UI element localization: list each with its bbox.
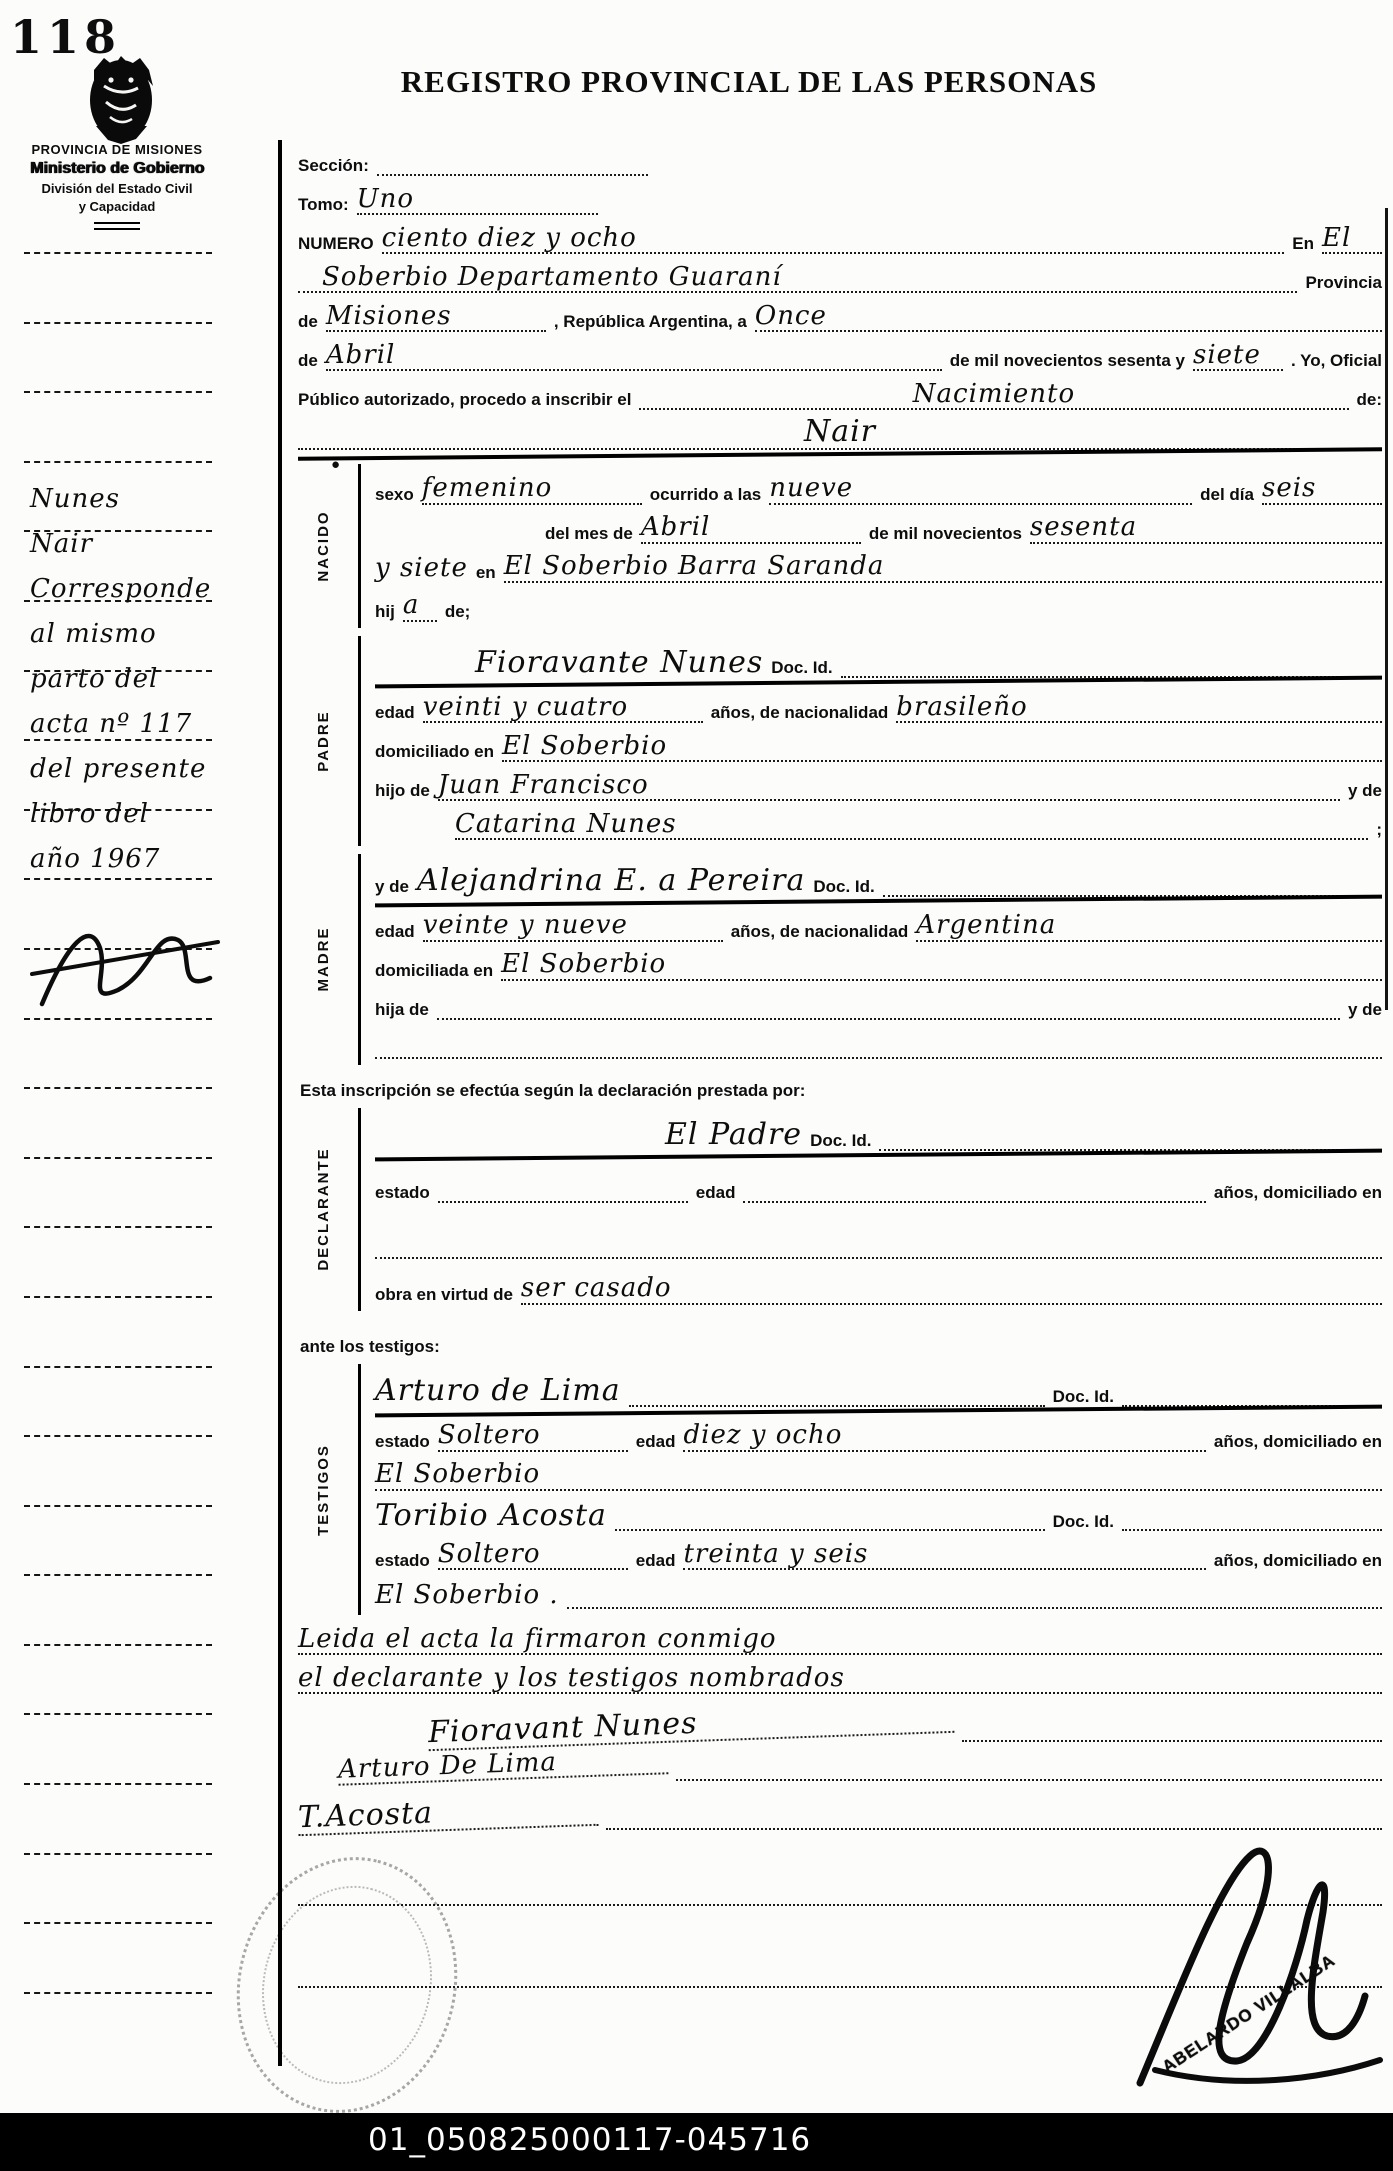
madre-nacionalidad-label: años, de nacionalidad bbox=[731, 922, 909, 942]
inscripto-nombre-field: Nair bbox=[298, 416, 1382, 450]
margin-note: acta nº 117 bbox=[30, 711, 230, 756]
official-signature bbox=[1095, 1828, 1393, 2103]
hijo-genero-value: a bbox=[403, 592, 437, 621]
testigo1-edad-label: edad bbox=[636, 1432, 676, 1452]
declarante-vertical-label: DECLARANTE bbox=[315, 1148, 332, 1271]
section-madre: MADRE y de Alejandrina E. a Pereira Doc.… bbox=[358, 854, 1382, 1065]
padre-domicilio-label: domiciliado en bbox=[375, 742, 494, 762]
testigo2-edad-value: treinta y seis bbox=[683, 1541, 1205, 1570]
testigo2-nombre-fill bbox=[615, 1529, 1045, 1531]
testigo2-doc-label: Doc. Id. bbox=[1053, 1512, 1114, 1532]
testigo2-estado-value: Soltero bbox=[438, 1541, 628, 1570]
declarante-edad-label: edad bbox=[696, 1183, 736, 1203]
registry-title: REGISTRO PROVINCIAL DE LAS PERSONAS bbox=[378, 64, 1120, 100]
section-nacido: NACIDO sexo femenino ocurrido a las nuev… bbox=[358, 464, 1382, 628]
closing-line-2: el declarante y los testigos nombrados bbox=[298, 1665, 1382, 1694]
hijo-label: hij bbox=[375, 602, 395, 622]
margin-note: año 1967 bbox=[30, 846, 230, 891]
declarante-estado-field bbox=[438, 1201, 688, 1203]
de-colon-label: de: bbox=[1357, 390, 1383, 410]
madre-hija-de-label: hija de bbox=[375, 1000, 429, 1020]
margin-note: Nunes bbox=[30, 486, 230, 531]
declarante-domicilio-label: años, domiciliado en bbox=[1214, 1183, 1382, 1203]
abuela-materna-field bbox=[375, 1057, 1382, 1059]
hora-value: nueve bbox=[769, 475, 1192, 504]
testigos-vertical-label: TESTIGOS bbox=[315, 1444, 332, 1536]
padre-hijo-de-label: hijo de bbox=[375, 781, 430, 801]
section-padre: PADRE Fioravante Nunes Doc. Id. edad vei… bbox=[358, 636, 1382, 847]
madre-vertical-label: MADRE bbox=[315, 927, 332, 992]
madre-y-de2-label: y de bbox=[1348, 1000, 1382, 1020]
anio-value: siete bbox=[1193, 342, 1283, 371]
madre-domicilio-label: domiciliada en bbox=[375, 961, 493, 981]
en-value: El bbox=[1322, 225, 1382, 254]
signature-declarant: Fioravant Nunes bbox=[428, 1699, 955, 1751]
testigo1-estado-label: estado bbox=[375, 1432, 430, 1452]
madre-nombre-value: Alejandrina E. a Pereira bbox=[417, 865, 805, 897]
dia-inscripcion-value: Once bbox=[755, 303, 1382, 332]
de-label: de bbox=[298, 312, 318, 332]
tomo-label: Tomo: bbox=[298, 195, 349, 215]
mes-label: del mes de bbox=[545, 524, 633, 544]
testigo1-edad-value: diez y ocho bbox=[683, 1422, 1205, 1451]
testigo1-suffix-label: años, domiciliado en bbox=[1214, 1432, 1382, 1452]
padre-vertical-label: PADRE bbox=[315, 710, 332, 771]
padre-nacionalidad-value: brasileño bbox=[896, 694, 1382, 723]
dia-label: del día bbox=[1200, 485, 1254, 505]
margin-note: al mismo bbox=[30, 621, 230, 666]
departamento-value: Soberbio Departamento Guaraní bbox=[298, 264, 1297, 293]
declarante-intro: Esta inscripción se efectúa según la dec… bbox=[300, 1081, 1382, 1101]
org-division: División del Estado Civil bbox=[14, 181, 220, 196]
abuelo-paterno-value: Juan Francisco bbox=[438, 772, 1340, 801]
declarante-nombre-value: El Padre bbox=[665, 1119, 802, 1151]
scan-code-bar: 01_050825000117-045716 bbox=[0, 2113, 1393, 2171]
margin-note: libro del bbox=[30, 801, 230, 846]
lugar-nacimiento-value: El Soberbio Barra Saranda bbox=[504, 553, 1382, 582]
declarante-estado-label: estado bbox=[375, 1183, 430, 1203]
ocurrido-label: ocurrido a las bbox=[650, 485, 761, 505]
padre-domicilio-value: El Soberbio bbox=[502, 733, 1382, 762]
org-province: PROVINCIA DE MISIONES bbox=[14, 142, 220, 157]
testigos-intro: ante los testigos: bbox=[300, 1337, 1382, 1357]
provincia-value: Misiones bbox=[326, 303, 546, 332]
abuelo-materno-field bbox=[437, 1018, 1340, 1020]
madre-domicilio-value: El Soberbio bbox=[501, 951, 1382, 980]
madre-doc-label: Doc. Id. bbox=[813, 877, 874, 897]
padre-nacionalidad-label: años, de nacionalidad bbox=[711, 703, 889, 723]
org-capacity: y Capacidad bbox=[14, 199, 220, 214]
padre-y-de-label: y de bbox=[1348, 781, 1382, 801]
testigo2-doc-field bbox=[1122, 1529, 1382, 1531]
obra-label: obra en virtud de bbox=[375, 1285, 513, 1305]
oficial-label: . Yo, Oficial bbox=[1291, 351, 1382, 371]
padre-nombre-value: Fioravante Nunes bbox=[475, 647, 763, 679]
testigo2-estado-label: estado bbox=[375, 1551, 430, 1571]
publico-label: Público autorizado, procedo a inscribir … bbox=[298, 390, 631, 410]
testigo2-domicilio-fill bbox=[567, 1607, 1382, 1609]
margin-note: Corresponde bbox=[30, 576, 230, 621]
form-right-border bbox=[1385, 208, 1388, 1010]
testigo2-edad-label: edad bbox=[636, 1551, 676, 1571]
signature-witness-2: T.Acosta bbox=[298, 1791, 599, 1835]
padre-fin-label: ; bbox=[1376, 820, 1382, 840]
seccion-label: Sección: bbox=[298, 156, 369, 176]
testigo2-suffix-label: años, domiciliado en bbox=[1214, 1551, 1382, 1571]
anio-nacido-label: de mil novecientos bbox=[869, 524, 1022, 544]
margin-note: parto del bbox=[30, 666, 230, 711]
testigo2-nombre-value: Toribio Acosta bbox=[375, 1500, 607, 1532]
madre-nacionalidad-value: Argentina bbox=[916, 912, 1382, 941]
margin-note: del presente bbox=[30, 756, 230, 801]
en-label: En bbox=[1292, 234, 1314, 254]
seccion-field bbox=[377, 174, 648, 176]
provincia-label: Provincia bbox=[1305, 273, 1382, 293]
margin-annotations: Nunes Nair Corresponde al mismo parto de… bbox=[30, 486, 230, 891]
madre-y-de-label: y de bbox=[375, 877, 409, 897]
testigo1-nombre-value: Arturo de Lima bbox=[375, 1375, 621, 1407]
mes-inscripcion-value: Abril bbox=[326, 342, 942, 371]
birth-certificate-scan: 118 REGISTRO PROVINCIAL DE LAS PERSONAS … bbox=[0, 0, 1393, 2171]
sexo-value: femenino bbox=[422, 475, 642, 504]
madre-edad-value: veinte y nueve bbox=[423, 912, 723, 941]
mes-value: Abril bbox=[641, 514, 861, 543]
testigo1-nombre-fill bbox=[629, 1405, 1045, 1407]
declarante-doc-label: Doc. Id. bbox=[810, 1131, 871, 1151]
margin-note: Nair bbox=[30, 531, 230, 576]
issuing-organization: PROVINCIA DE MISIONES Ministerio de Gobi… bbox=[14, 142, 220, 230]
obra-value: ser casado bbox=[521, 1275, 1382, 1304]
closing-line-1: Leida el acta la firmaron conmigo bbox=[298, 1626, 1382, 1655]
dia-value: seis bbox=[1262, 475, 1382, 504]
section-testigos: TESTIGOS Arturo de Lima Doc. Id. estado … bbox=[358, 1364, 1382, 1615]
abuela-paterna-value: Catarina Nunes bbox=[455, 811, 1368, 840]
republica-label: , República Argentina, a bbox=[554, 312, 747, 332]
inscripto-nombre-value: Nair bbox=[804, 414, 876, 449]
org-ministry: Ministerio de Gobierno bbox=[14, 160, 220, 178]
testigo1-estado-value: Soltero bbox=[438, 1422, 628, 1451]
hijo-de-label: de; bbox=[445, 602, 471, 622]
anio-nacido-value: sesenta bbox=[1030, 514, 1382, 543]
margin-signature bbox=[28, 912, 223, 1027]
numero-label: NUMERO bbox=[298, 234, 374, 254]
acto-value: Nacimiento bbox=[639, 381, 1348, 410]
signature-fill-2 bbox=[676, 1779, 1382, 1781]
en-lugar-label: en bbox=[476, 563, 496, 583]
declarante-edad-field bbox=[743, 1201, 1205, 1203]
anio-label: de mil novecientos sesenta y bbox=[950, 351, 1185, 371]
testigo1-doc-label: Doc. Id. bbox=[1053, 1387, 1114, 1407]
signature-witness-1: Arturo De Lima bbox=[338, 1746, 669, 1787]
org-divider bbox=[94, 222, 140, 230]
padre-doc-label: Doc. Id. bbox=[771, 658, 832, 678]
declarante-domicilio-field bbox=[375, 1257, 1382, 1259]
sexo-label: sexo bbox=[375, 485, 414, 505]
scan-code: 01_050825000117-045716 bbox=[368, 2122, 811, 2158]
provincial-seal-icon bbox=[84, 52, 158, 151]
signature-fill bbox=[962, 1740, 1382, 1742]
padre-edad-label: edad bbox=[375, 703, 415, 723]
de-mes-label: de bbox=[298, 351, 318, 371]
anio-nacido-cont-value: y siete bbox=[375, 555, 468, 582]
testigo2-domicilio-value: El Soberbio . bbox=[375, 1582, 559, 1609]
nacido-vertical-label: NACIDO bbox=[315, 510, 332, 581]
form-left-border bbox=[278, 140, 282, 2066]
tomo-value: Uno bbox=[357, 186, 598, 215]
numero-value: ciento diez y ocho bbox=[382, 225, 1285, 254]
testigo1-domicilio-value: El Soberbio bbox=[375, 1461, 1382, 1490]
padre-edad-value: veinti y cuatro bbox=[423, 694, 703, 723]
section-declarante: DECLARANTE El Padre Doc. Id. estado edad… bbox=[358, 1108, 1382, 1311]
madre-edad-label: edad bbox=[375, 922, 415, 942]
form-body: Sección: Tomo: Uno NUMERO ciento diez y … bbox=[298, 142, 1382, 1988]
